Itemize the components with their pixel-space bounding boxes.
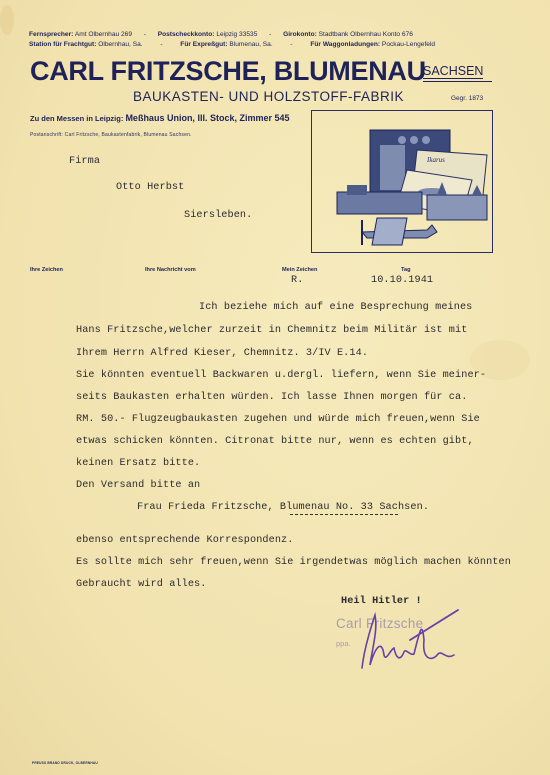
body-line: Gebraucht wird alles. — [76, 579, 206, 590]
stamp-ppa: ppa. — [336, 639, 351, 648]
trade-fair-label: Zu den Messen in Leipzig: — [30, 114, 123, 123]
svg-text:Ikarus: Ikarus — [426, 156, 445, 164]
printer-mark: PREUSS BRAND DRUCK, OLBERNHAU — [32, 761, 98, 765]
postal-check-label: Postscheckkonto: — [158, 31, 215, 38]
wagon-label: Für Waggonladungen: — [310, 41, 380, 48]
body-line: keinen Ersatz bitte. — [76, 458, 200, 469]
phone-label: Fernsprecher: — [29, 31, 73, 38]
trade-fair-info: Zu den Messen in Leipzig: Meßhaus Union,… — [30, 113, 289, 123]
date-value: 10.10.1941 — [371, 275, 433, 286]
postal-address: Postanschrift: Carl Fritzsche, Baukasten… — [30, 132, 192, 138]
express-value: Blumenau, Sa. — [229, 41, 272, 48]
body-line: seits Baukasten erhalten würden. Ich las… — [76, 392, 467, 403]
giro-label: Girokonto: — [283, 31, 317, 38]
region-underline — [423, 81, 492, 82]
paper-stain — [0, 5, 14, 35]
company-name: CARL FRITZSCHE, BLUMENAU — [30, 56, 426, 87]
body-line: Es sollte mich sehr freuen,wenn Sie irge… — [76, 557, 511, 568]
shipping-address: Frau Frieda Fritzsche, Blumenau No. 33 S… — [137, 502, 429, 513]
date-label: Tag — [401, 267, 411, 273]
freight-station-label: Station für Frachtgut: — [29, 41, 96, 48]
recipient-city: Siersleben. — [184, 210, 252, 221]
separator: - — [259, 31, 281, 38]
address-underline — [290, 514, 398, 515]
contact-line-2: Station für Frachtgut: Olbernhau, Sa. - … — [29, 41, 435, 48]
region-label: SACHSEN — [423, 64, 483, 79]
separator: - — [144, 41, 178, 48]
construction-kit-illustration: Ikarus — [332, 120, 492, 250]
body-line: Ihrem Herrn Alfred Kieser, Chemnitz. 3/I… — [76, 348, 368, 359]
body-line: Sie könnten eventuell Backwaren u.dergl.… — [76, 370, 486, 381]
founded-year: Gegr. 1873 — [451, 95, 483, 102]
express-label: Für Expreßgut: — [180, 41, 227, 48]
my-reference-value: R. — [291, 275, 303, 286]
body-line: Ich beziehe mich auf eine Besprechung me… — [199, 302, 472, 313]
body-line: RM. 50.- Flugzeugbaukasten zugehen und w… — [76, 414, 480, 425]
recipient-name: Otto Herbst — [116, 182, 184, 193]
body-line: ebenso entsprechende Korrespondenz. — [76, 535, 293, 546]
phone-value: Amt Olbernhau 269 — [75, 31, 132, 38]
contact-line-1: Fernsprecher: Amt Olbernhau 269 - Postsc… — [29, 31, 413, 38]
body-line: Den Versand bitte an — [76, 480, 200, 491]
your-reference-label: Ihre Zeichen — [30, 267, 63, 273]
recipient-line-1: Firma — [69, 156, 100, 167]
my-reference-label: Mein Zeichen — [282, 267, 317, 273]
postal-check-value: Leipzig 33535 — [216, 31, 257, 38]
wagon-value: Pockau-Lengefeld — [382, 41, 435, 48]
freight-station-value: Olbernhau, Sa. — [98, 41, 142, 48]
body-line: Hans Fritzsche,welcher zurzeit in Chemni… — [76, 325, 467, 336]
giro-value: Stadtbank Olbernhau Konto 676 — [319, 31, 413, 38]
your-message-label: Ihre Nachricht vom — [145, 267, 196, 273]
company-subtitle: BAUKASTEN- UND HOLZSTOFF-FABRIK — [133, 89, 404, 104]
separator: - — [275, 41, 309, 48]
trade-fair-location: Meßhaus Union, III. Stock, Zimmer 545 — [125, 113, 289, 123]
body-line: etwas schicken könnten. Citronat bitte n… — [76, 436, 474, 447]
separator: - — [134, 31, 156, 38]
signature-icon — [350, 600, 510, 680]
